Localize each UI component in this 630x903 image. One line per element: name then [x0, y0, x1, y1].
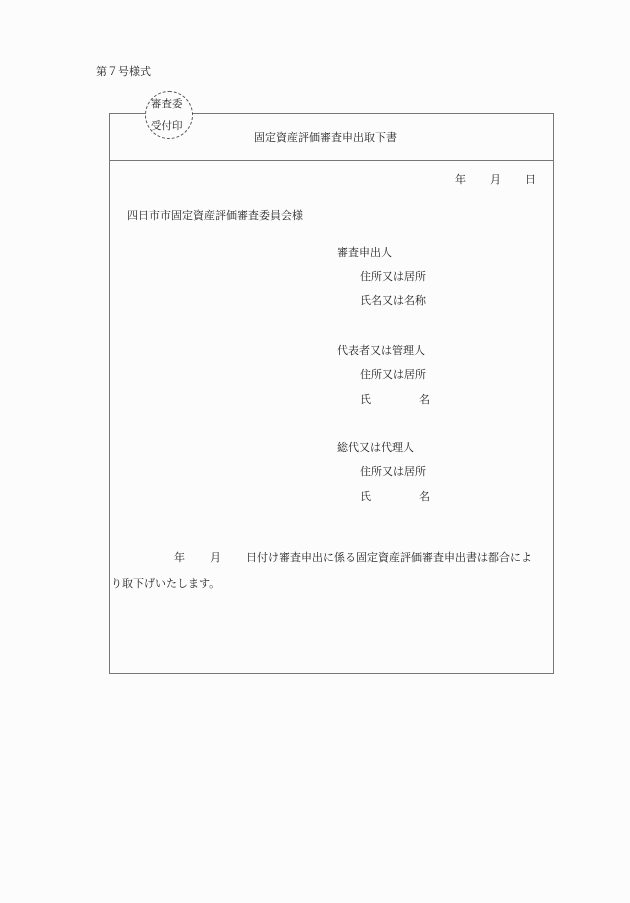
body-statement-line1: 日付け審査申出に係る固定資産評価審査申出書は都合によ	[246, 552, 532, 563]
applicant-heading: 審査申出人	[337, 247, 392, 258]
reception-stamp-area: 審査委 受付印	[145, 91, 193, 139]
applicant-address-label: 住所又は居所	[360, 271, 426, 282]
stamp-label-line1: 審査委	[151, 99, 183, 110]
form-number: 第７号様式	[96, 66, 151, 77]
agent-name-label-1: 氏	[360, 491, 371, 502]
applicant-name-label: 氏名又は名称	[360, 295, 426, 306]
date-month-label: 月	[490, 174, 501, 185]
stamp-label-line2: 受付印	[151, 121, 183, 132]
body-statement-line2: り取下げいたします。	[111, 578, 220, 589]
body-month-label: 月	[210, 552, 221, 563]
addressee: 四日市市固定資産評価審査委員会様	[127, 210, 303, 221]
agent-name-label-2: 名	[419, 491, 430, 502]
date-day-label: 日	[525, 174, 536, 185]
representative-address-label: 住所又は居所	[360, 369, 426, 380]
agent-address-label: 住所又は居所	[360, 466, 426, 477]
body-year-label: 年	[174, 552, 185, 563]
document-title: 固定資産評価審査申出取下書	[254, 132, 397, 143]
date-year-label: 年	[455, 174, 466, 185]
header-divider	[110, 160, 553, 161]
representative-heading: 代表者又は管理人	[337, 345, 425, 356]
agent-heading: 総代又は代理人	[337, 442, 414, 453]
representative-name-label-2: 名	[419, 394, 430, 405]
representative-name-label-1: 氏	[360, 394, 371, 405]
